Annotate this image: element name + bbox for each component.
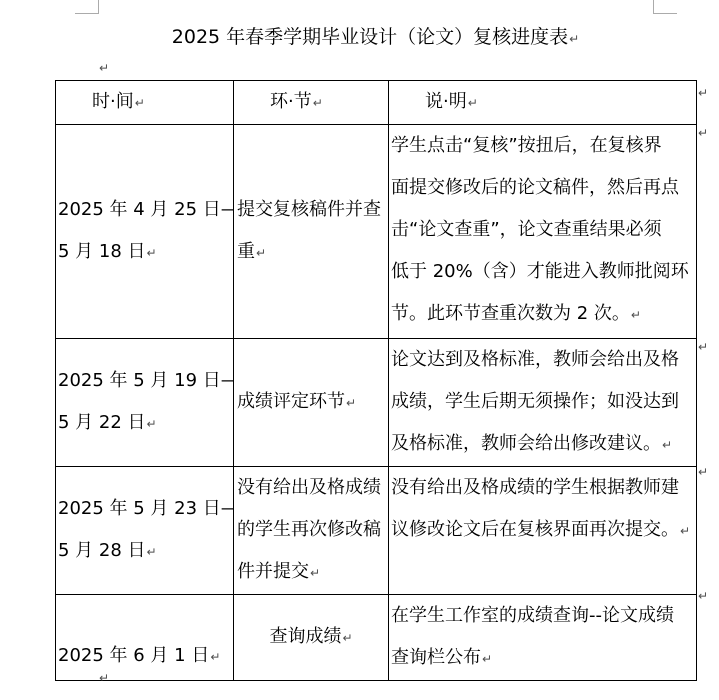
- cell-time-3: 2025 年 5 月 23 日— 5 月 28 日↵: [56, 467, 234, 595]
- cell-time-1: 2025 年 4 月 25 日— 5 月 18 日↵: [56, 125, 234, 339]
- header-row: 时·间↵ 环·节↵ 说·明↵: [56, 81, 697, 125]
- document-page: 2025 年春季学期毕业设计（论文）复核进度表↵ ↵ 时·间↵ 环·节↵ 说·明…: [0, 0, 719, 700]
- cell-stage-3: 没有给出及格成绩 的学生再次修改稿 件并提交↵: [234, 467, 389, 595]
- cell-description-2: 论文达到及格标准，教师会给出及格 成绩，学生后期无须操作；如没达到 及格标准，教…: [389, 339, 697, 467]
- table-row: 2025 年 4 月 25 日— 5 月 18 日↵ 提交复核稿件并查 重↵ 学…: [56, 125, 697, 339]
- column-header-stage: 环·节↵: [234, 81, 389, 125]
- row-end-mark-icon: ↵: [698, 589, 708, 603]
- table-row: 2025 年 6 月 1 日↵ 查询成绩↵ 在学生工作室的成绩查询--论文成绩 …: [56, 595, 697, 681]
- cell-description-3: 没有给出及格成绩的学生根据教师建 议修改论文后在复核界面再次提交。↵: [389, 467, 697, 595]
- document-title: 2025 年春季学期毕业设计（论文）复核进度表↵: [98, 20, 653, 54]
- schedule-table: 时·间↵ 环·节↵ 说·明↵ 2025 年 4 月 25 日— 5 月 18 日…: [55, 80, 697, 681]
- row-end-mark-icon: ↵: [698, 340, 708, 354]
- table-row: 2025 年 5 月 19 日— 5 月 22 日↵ 成绩评定环节↵ 论文达到及…: [56, 339, 697, 467]
- cell-time-4: 2025 年 6 月 1 日↵: [56, 595, 234, 681]
- row-end-mark-icon: ↵: [698, 126, 708, 140]
- row-end-mark-icon: ↵: [698, 465, 708, 479]
- column-header-description: 说·明↵: [389, 81, 697, 125]
- text-boundary-corner-left-icon: [75, 0, 99, 14]
- paragraph-mark-icon: ↵: [99, 61, 109, 75]
- cell-time-2: 2025 年 5 月 19 日— 5 月 22 日↵: [56, 339, 234, 467]
- cell-stage-2: 成绩评定环节↵: [234, 339, 389, 467]
- text-boundary-corner-right-icon: [653, 0, 677, 14]
- paragraph-mark-icon: ↵: [99, 671, 109, 685]
- cell-stage-4: 查询成绩↵: [234, 595, 389, 681]
- row-end-mark-icon: ↵: [698, 86, 708, 100]
- table-row: 2025 年 5 月 23 日— 5 月 28 日↵ 没有给出及格成绩 的学生再…: [56, 467, 697, 595]
- column-header-time: 时·间↵: [56, 81, 234, 125]
- cell-stage-1: 提交复核稿件并查 重↵: [234, 125, 389, 339]
- cell-description-4: 在学生工作室的成绩查询--论文成绩 查询栏公布↵: [389, 595, 697, 681]
- cell-description-1: 学生点击“复核”按扭后，在复核界 面提交修改后的论文稿件，然后再点 击“论文查重…: [389, 125, 697, 339]
